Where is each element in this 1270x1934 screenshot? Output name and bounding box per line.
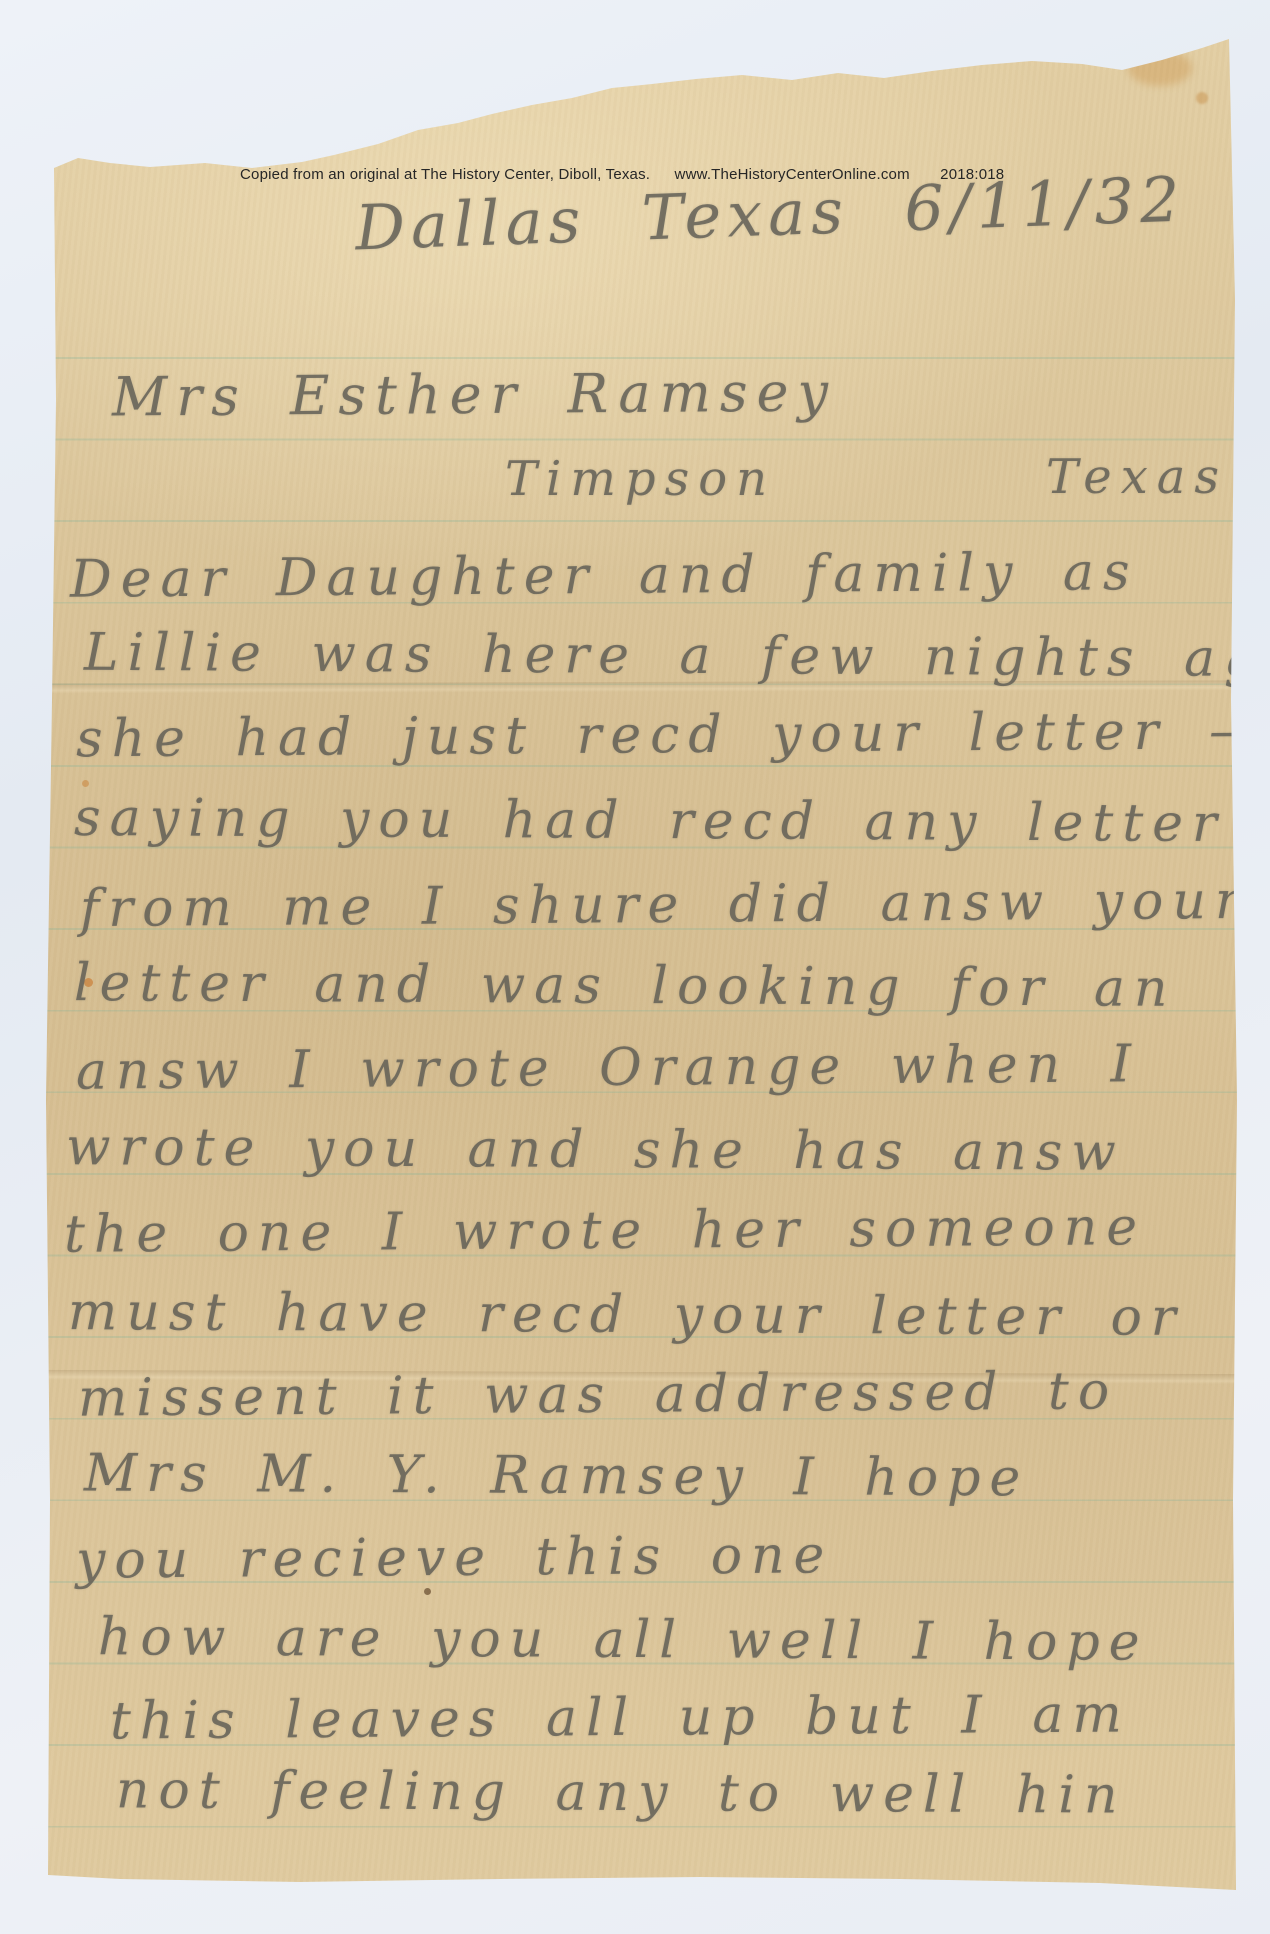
watermark-text: Copied from an original at The History C… (240, 166, 650, 183)
letter-line: from me I shure did answ your (80, 872, 1249, 940)
ink-speck (424, 1588, 431, 1595)
letter-line: saying you had recd any letter (74, 789, 1226, 855)
letter-line: not feeling any to well hin (116, 1761, 1127, 1826)
scan-background: Copied from an original at The History C… (0, 0, 1270, 1934)
foxing-spot (82, 780, 89, 787)
letter-line: Dear Daughter and family as (70, 543, 1139, 610)
place-line-state: Texas (1046, 450, 1228, 505)
place-line-city: Timpson (505, 452, 776, 507)
recipient-line: Mrs Esther Ramsey (112, 361, 837, 428)
letter-line: this leaves all up but I am (110, 1685, 1131, 1752)
letter-line: she had just recd your letter —— (76, 702, 1270, 771)
rust-stain (1196, 92, 1208, 104)
letter-line: Lillie was here a few nights ago (84, 624, 1270, 690)
letter-line: how are you all well I hope (98, 1608, 1149, 1673)
letter-line: must have recd your letter or (68, 1283, 1185, 1349)
letter-line: you recieve this one (76, 1526, 834, 1591)
letter-line: Mrs M. Y. Ramsey I hope (84, 1445, 1030, 1510)
letter-line: the one I wrote her someone (64, 1198, 1146, 1265)
rust-stain (1128, 50, 1192, 86)
letter-paper: Copied from an original at The History C… (0, 0, 1270, 1934)
letter-line: wrote you and she has answ (66, 1118, 1125, 1183)
letter-line: letter and was looking for an (74, 954, 1177, 1020)
letter-line: answ I wrote Orange when I (76, 1035, 1140, 1102)
letter-line: missent it was addressed to (78, 1362, 1119, 1429)
